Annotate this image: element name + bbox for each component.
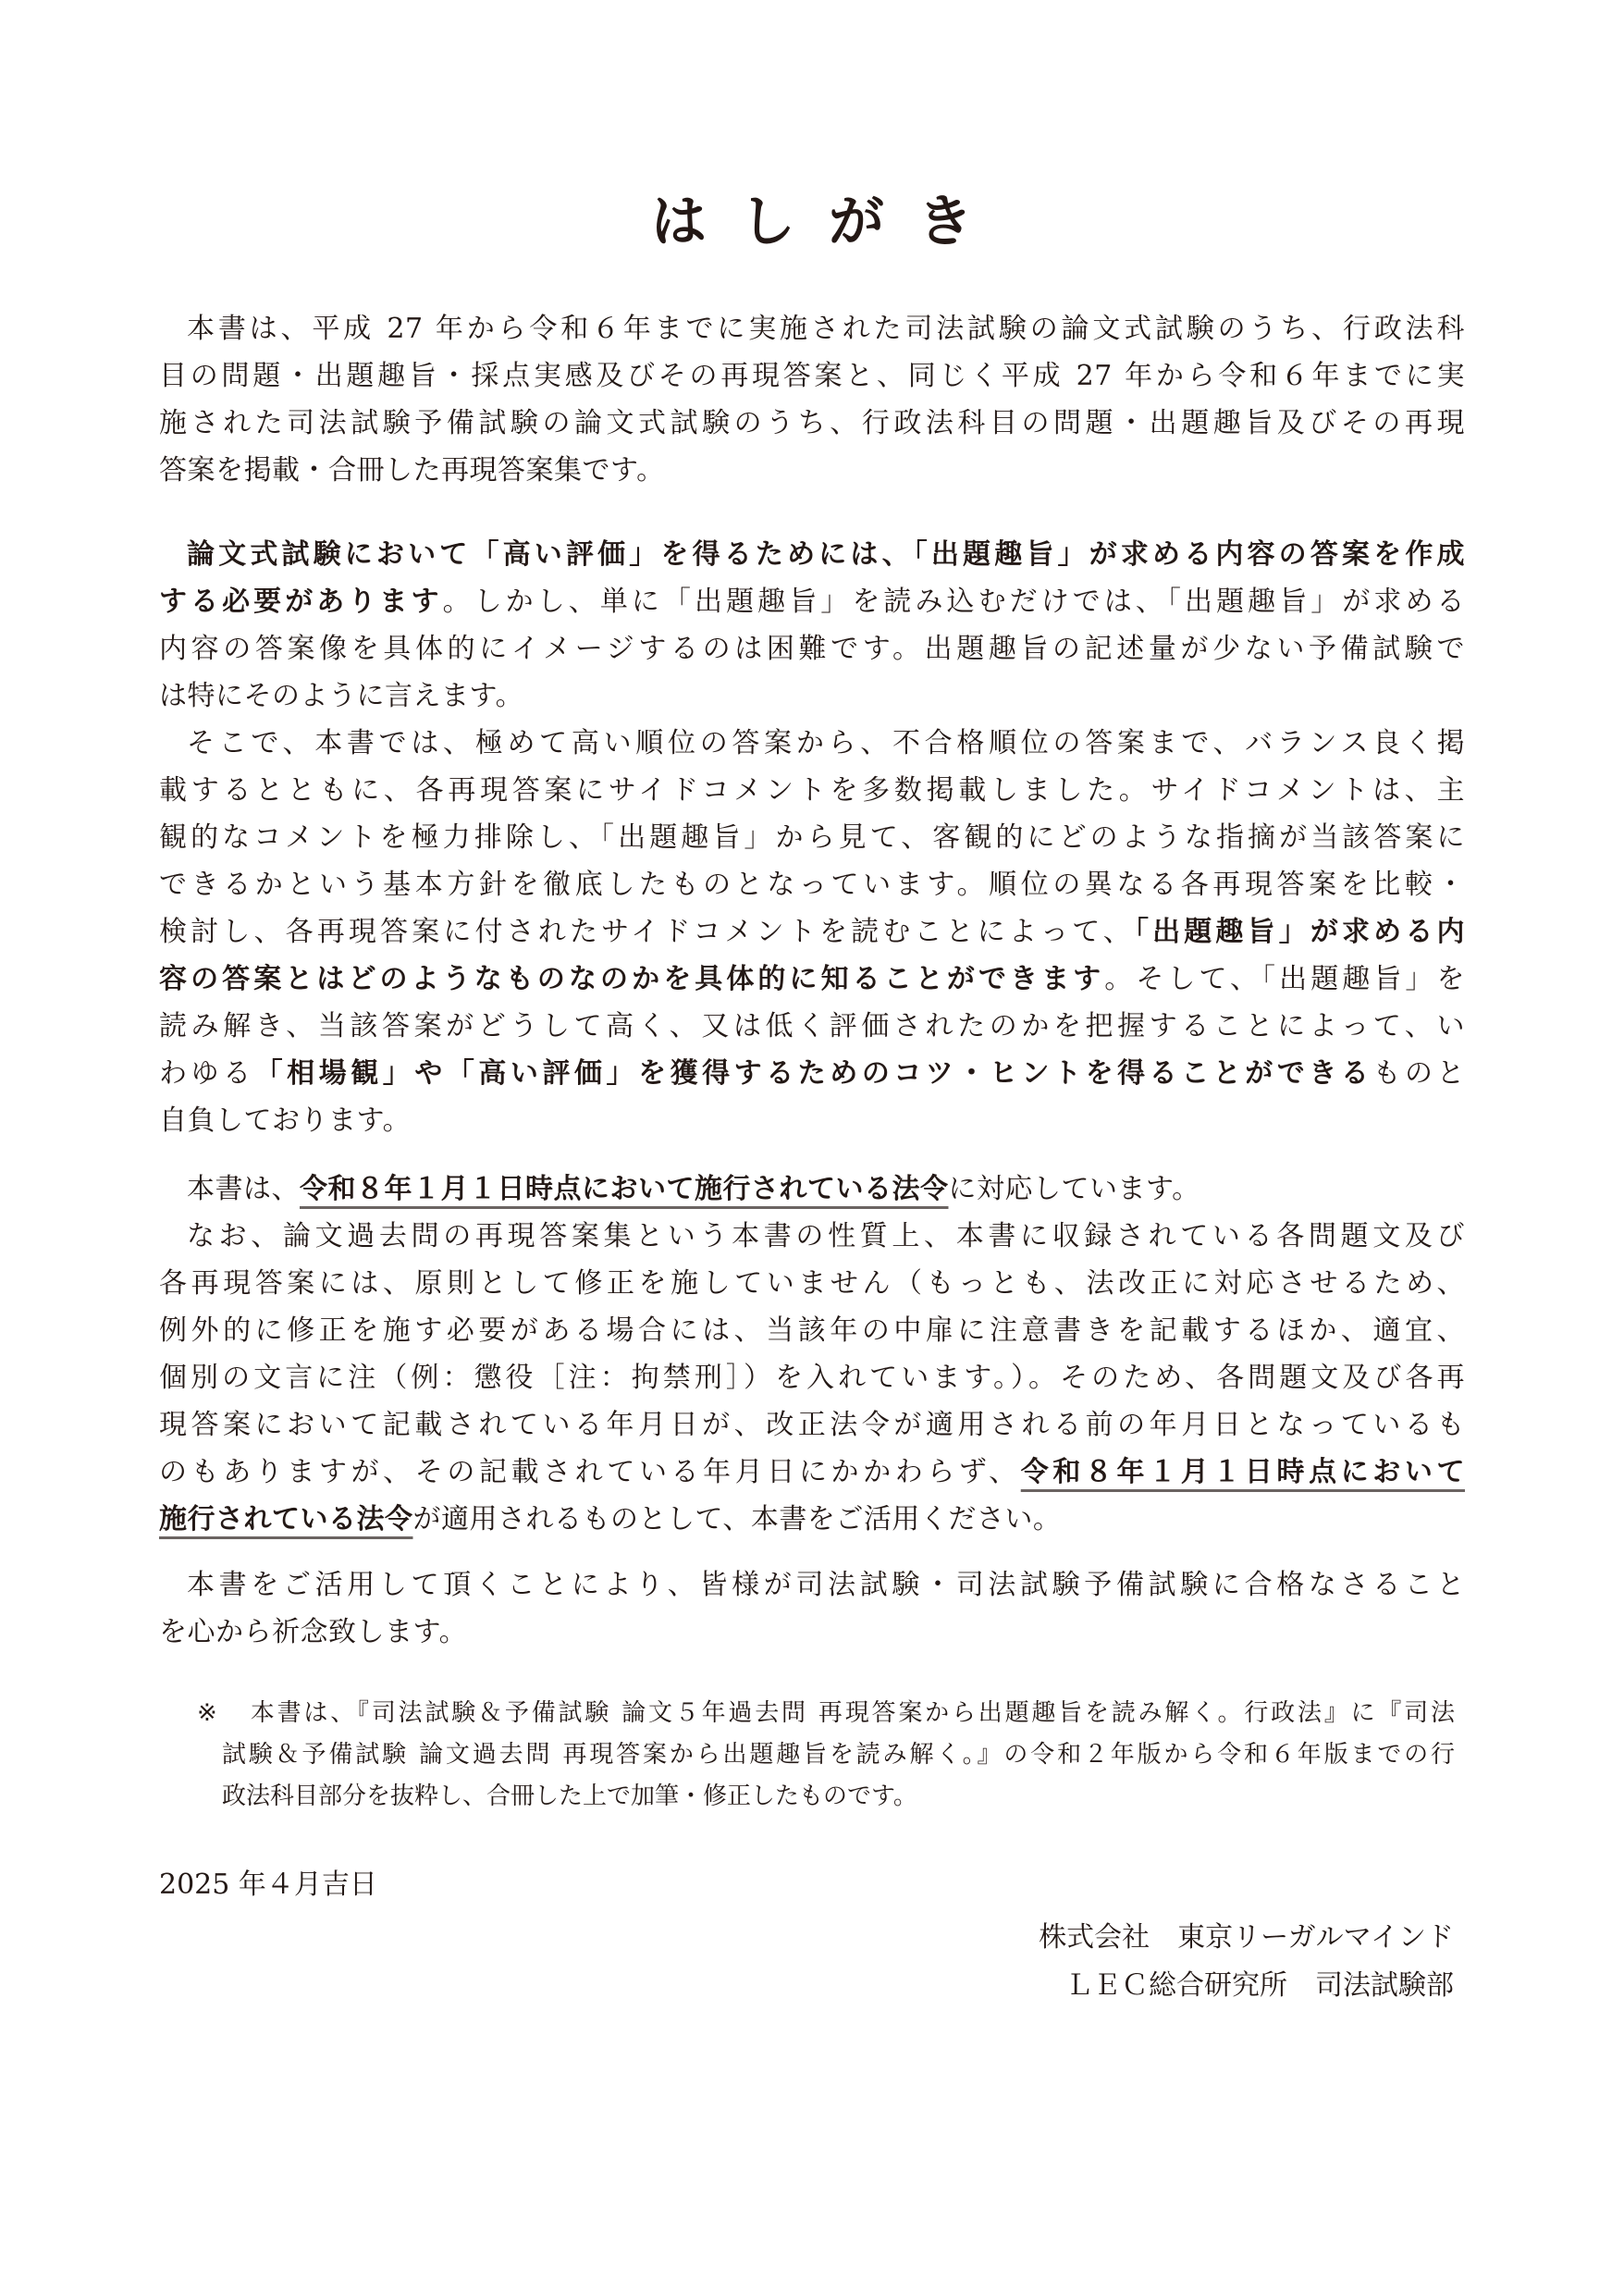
text-segment: 本書は、『司法試験＆予備試験 論文５年過去問 再現答案から出題趣旨を読み解く。行… — [248, 1699, 1455, 1727]
page-title: はしがき — [0, 190, 1624, 254]
text-segment: が適用されるものとして、本書をご活用ください。 — [413, 1503, 1062, 1535]
text-line: そこで、本書では、極めて高い順位の答案から、不合格順位の答案まで、バランス良く掲 — [159, 720, 1465, 767]
text-segment: 検討し、各再現答案に付されたサイドコメントを読むことによって、 — [159, 916, 1135, 948]
bold-phrase: 「相場観」や「高い評価」を獲得するためのコツ・ヒントを得ることができる — [255, 1057, 1373, 1090]
underlined-phrase: 令和８年１月１日時点において施行されている法令 — [300, 1173, 949, 1205]
text-line: 目の問題・出題趣旨・採点実感及びその再現答案と、同じく平成 27 年から令和６年… — [159, 352, 1465, 400]
bold-phrase: 「出題趣旨」が求める内 — [1135, 916, 1465, 948]
text-line: 観的なコメントを極力排除し、「出題趣旨」から見て、客観的にどのような指摘が当該答… — [159, 814, 1465, 861]
footnote-line: ※本書は、『司法試験＆予備試験 論文５年過去問 再現答案から出題趣旨を読み解く。… — [197, 1693, 1455, 1734]
underlined-phrase: 令和８年１月１日時点において — [1021, 1456, 1465, 1488]
paragraph-side-comments: そこで、本書では、極めて高い順位の答案から、不合格順位の答案まで、バランス良く掲… — [159, 720, 1465, 1144]
bold-phrase: 容の答案とはどのようなものなのかを具体的に知ることができます — [159, 963, 1104, 995]
underlined-phrase: 施行されている法令 — [159, 1503, 413, 1535]
text-line: 載するとともに、各再現答案にサイドコメントを多数掲載しました。サイドコメントは、… — [159, 767, 1465, 814]
bold-phrase: する必要があります — [159, 586, 443, 618]
text-line: 本書をご活用して頂くことにより、皆様が司法試験・司法試験予備試験に合格なさること — [159, 1561, 1465, 1609]
text-line: なお、論文過去問の再現答案集という本書の性質上、本書に収録されている各問題文及び — [159, 1213, 1465, 1260]
paragraph-evaluation: 論文式試験において「高い評価」を得るためには、「出題趣旨」が求める内容の答案を作… — [159, 531, 1465, 720]
text-line: 本書は、令和８年１月１日時点において施行されている法令に対応しています。 — [159, 1165, 1465, 1213]
paragraph-revisions: なお、論文過去問の再現答案集という本書の性質上、本書に収録されている各問題文及び… — [159, 1213, 1465, 1543]
text-line: のもありますが、その記載されている年月日にかかわらず、令和８年１月１日時点におい… — [159, 1449, 1465, 1496]
text-line: 個別の文言に注（例：懲役［注：拘禁刑］）を入れています。）。そのため、各問題文及… — [159, 1354, 1465, 1401]
text-line: 現答案において記載されている年月日が、改正法令が適用される前の年月日となっている… — [159, 1401, 1465, 1449]
footnote-line: 政法科目部分を抜粋し、合冊した上で加筆・修正したものです。 — [197, 1776, 1455, 1818]
text-line: 検討し、各再現答案に付されたサイドコメントを読むことによって、「出題趣旨」が求め… — [159, 908, 1465, 956]
paragraph-law-date: 本書は、令和８年１月１日時点において施行されている法令に対応しています。 — [159, 1165, 1465, 1213]
text-segment: のもありますが、その記載されている年月日にかかわらず、 — [159, 1456, 1021, 1488]
footnote-line: 試験＆予備試験 論文過去問 再現答案から出題趣旨を読み解く。』の令和２年版から令… — [197, 1734, 1455, 1776]
text-line: 読み解き、当該答案がどうして高く、又は低く評価されたのかを把握することによって、… — [159, 1003, 1465, 1050]
text-segment: 本書は、 — [187, 1173, 300, 1205]
text-segment: に対応しています。 — [949, 1173, 1200, 1205]
text-line: できるかという基本方針を徹底したものとなっています。順位の異なる各再現答案を比較… — [159, 861, 1465, 908]
text-line: 自負しております。 — [159, 1097, 1465, 1144]
signature-department: ＬＥＣ総合研究所 司法試験部 — [1065, 1967, 1454, 2004]
text-line: する必要があります。しかし、単に「出題趣旨」を読み込むだけでは、「出題趣旨」が求… — [159, 578, 1465, 625]
paragraph-intro: 本書は、平成 27 年から令和６年までに実施された司法試験の論文式試験のうち、行… — [159, 305, 1465, 494]
text-line: 施された司法試験予備試験の論文式試験のうち、行政法科目の問題・出題趣旨及びその再… — [159, 400, 1465, 447]
text-line: は特にそのように言えます。 — [159, 672, 1465, 720]
text-line: 施行されている法令が適用されるものとして、本書をご活用ください。 — [159, 1496, 1465, 1543]
bold-text-line: 論文式試験において「高い評価」を得るためには、「出題趣旨」が求める内容の答案を作… — [159, 531, 1465, 578]
text-line: 内容の答案像を具体的にイメージするのは困難です。出題趣旨の記述量が少ない予備試験… — [159, 625, 1465, 672]
signature-company: 株式会社 東京リーガルマインド — [1039, 1919, 1454, 1956]
reference-mark-icon: ※ — [197, 1693, 248, 1734]
text-line: わゆる「相場観」や「高い評価」を獲得するためのコツ・ヒントを得ることができるもの… — [159, 1050, 1465, 1097]
text-segment: 。そして、「出題趣旨」を — [1104, 963, 1465, 995]
paragraph-closing: 本書をご活用して頂くことにより、皆様が司法試験・司法試験予備試験に合格なさること… — [159, 1561, 1465, 1656]
text-segment: ものと — [1372, 1057, 1465, 1090]
text-line: を心から祈念致します。 — [159, 1609, 1465, 1656]
text-segment: わゆる — [159, 1057, 255, 1090]
text-line: 各再現答案には、原則として修正を施していません（もっとも、法改正に対応させるため… — [159, 1260, 1465, 1307]
text-segment: 。しかし、単に「出題趣旨」を読み込むだけでは、「出題趣旨」が求める — [443, 586, 1465, 618]
footnote: ※本書は、『司法試験＆予備試験 論文５年過去問 再現答案から出題趣旨を読み解く。… — [197, 1693, 1455, 1818]
text-line: 答案を掲載・合冊した再現答案集です。 — [159, 447, 1465, 494]
text-line: 例外的に修正を施す必要がある場合には、当該年の中扉に注意書きを記載するほか、適宜… — [159, 1307, 1465, 1354]
text-line: 容の答案とはどのようなものなのかを具体的に知ることができます。そして、「出題趣旨… — [159, 956, 1465, 1003]
date: 2025 年４月吉日 — [159, 1867, 377, 1904]
text-line: 本書は、平成 27 年から令和６年までに実施された司法試験の論文式試験のうち、行… — [159, 305, 1465, 352]
